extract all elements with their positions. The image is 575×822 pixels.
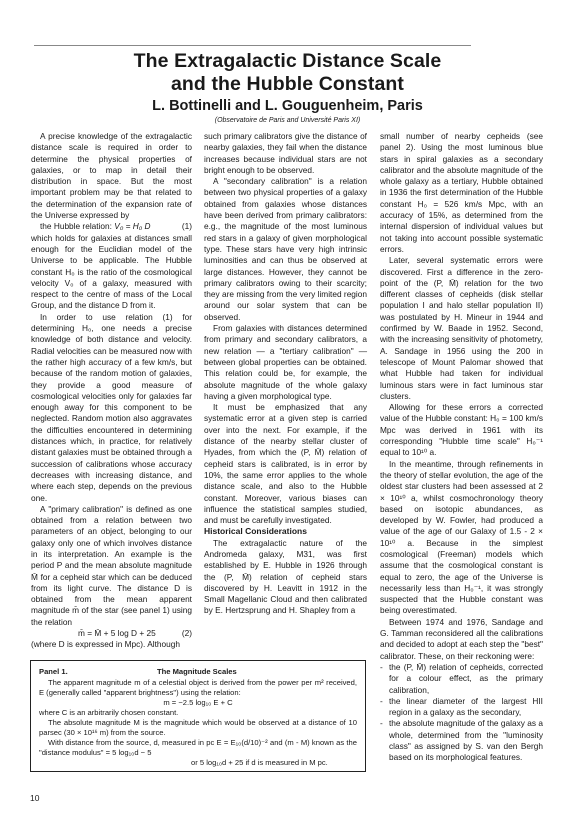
paragraph: small number of nearby cepheids (see pan… [380,131,543,255]
paragraph: It must be emphasized that any systemati… [204,402,367,526]
title-line-1: The Extragalactic Distance Scale [0,50,575,73]
paragraph: A precise knowledge of the extragalactic… [31,131,192,221]
column-3: small number of nearby cepheids (see pan… [380,131,543,764]
panel-paragraph: The apparent magnitude m of a celestial … [39,678,357,698]
panel-paragraph: The absolute magnitude M is the magnitud… [39,718,357,738]
panel-title: The Magnitude Scales [157,667,237,677]
paragraph: such primary calibrators give the distan… [204,131,367,176]
panel-paragraph: where C is an arbitrarily chosen constan… [39,708,357,718]
paragraph: Later, several systematic errors were di… [380,255,543,402]
equation-1-number: (1) [173,221,192,232]
panel-paragraph: With distance from the source, d, measur… [39,738,357,758]
paragraph: which holds for galaxies at distances sm… [31,233,192,312]
equation-1: the Hubble relation: V₀ = H₀ D (1) [31,221,192,232]
title-line-2: and the Hubble Constant [0,73,575,96]
list-item: the (P, M̄) relation of cepheids, correc… [380,662,543,696]
equation-1-formula: V₀ = H₀ D [114,221,150,231]
panel-number: Panel 1. [39,667,157,677]
paragraph: A "primary calibration" is defined as on… [31,504,192,628]
article-title: The Extragalactic Distance Scale and the… [0,50,575,96]
column-2: such primary calibrators give the distan… [204,131,367,617]
equation-2-formula: m̄ = M̄ + 5 log D + 25 [69,628,156,639]
paragraph: Between 1974 and 1976, Sandage and G. Ta… [380,617,543,662]
panel-magnitude-scales: Panel 1. The Magnitude Scales The appare… [30,660,366,772]
paragraph: A "secondary calibration" is a relation … [204,176,367,323]
column-1: A precise knowledge of the extragalactic… [31,131,192,651]
article-affiliation: (Observatoire de Paris and Université Pa… [0,116,575,126]
list-item: the absolute magnitude of the galaxy as … [380,718,543,763]
paragraph: Allowing for these errors a corrected va… [380,402,543,458]
section-heading: Historical Considerations [204,526,367,537]
page-number: 10 [30,793,39,803]
list-item: the linear diameter of the largest HII r… [380,696,543,719]
panel-paragraph: or 5 log₁₀d + 25 if d is measured in M p… [39,758,357,768]
calibrator-list: the (P, M̄) relation of cepheids, correc… [380,662,543,764]
article-authors: L. Bottinelli and L. Gouguenheim, Paris [0,97,575,115]
paragraph: The extragalactic nature of the Andromed… [204,538,367,617]
panel-header: Panel 1. The Magnitude Scales [39,667,357,677]
paragraph: (where D is expressed in Mpc). Although [31,639,192,650]
header-rule [34,45,471,46]
equation-2: m̄ = M̄ + 5 log D + 25 (2) [31,628,192,639]
paragraph: In the meantime, through refinements in … [380,459,543,617]
paragraph: From galaxies with distances determined … [204,323,367,402]
paragraph: In order to use relation (1) for determi… [31,312,192,504]
panel-equation: m = −2.5 log₁₀ E + C [39,698,357,708]
equation-2-number: (2) [173,628,192,639]
